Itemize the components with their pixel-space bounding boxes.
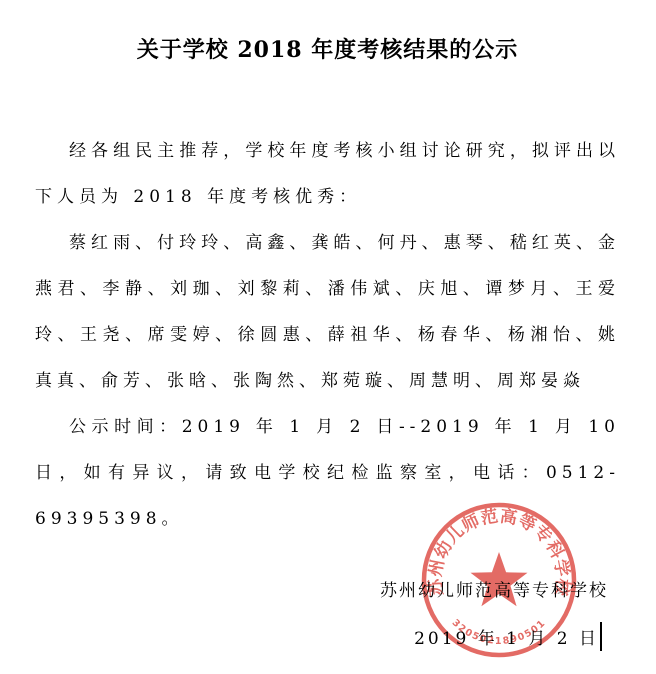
text-cursor — [600, 622, 602, 651]
document-page[interactable]: 关于学校 2018 年度考核结果的公示 经各组民主推荐，学校年度考核小组讨论研究… — [0, 0, 656, 674]
paragraph-names: 蔡红雨、付玲玲、高鑫、龚皓、何丹、惠琴、嵇红英、金燕君、李静、刘珈、刘黎莉、潘伟… — [35, 220, 620, 404]
signature-date: 2019 年 1 月 2 日 — [414, 629, 599, 649]
signature-date-line[interactable]: 2019 年 1 月 2 日 — [35, 616, 620, 662]
notice-title: 关于学校 2018 年度考核结果的公示 — [35, 34, 620, 66]
paragraph-intro: 经各组民主推荐，学校年度考核小组讨论研究，拟评出以下人员为 2018 年度考核优… — [35, 128, 620, 220]
signature-organization: 苏州幼儿师范高等专科学校 — [35, 568, 620, 614]
paragraph-notice-period: 公示时间：2019 年 1 月 2 日--2019 年 1 月 10 日，如有异… — [35, 404, 620, 542]
signature-block: 苏州幼儿师范高等专科学校 2019 年 1 月 2 日 — [35, 568, 620, 662]
notice-body: 经各组民主推荐，学校年度考核小组讨论研究，拟评出以下人员为 2018 年度考核优… — [35, 128, 620, 542]
